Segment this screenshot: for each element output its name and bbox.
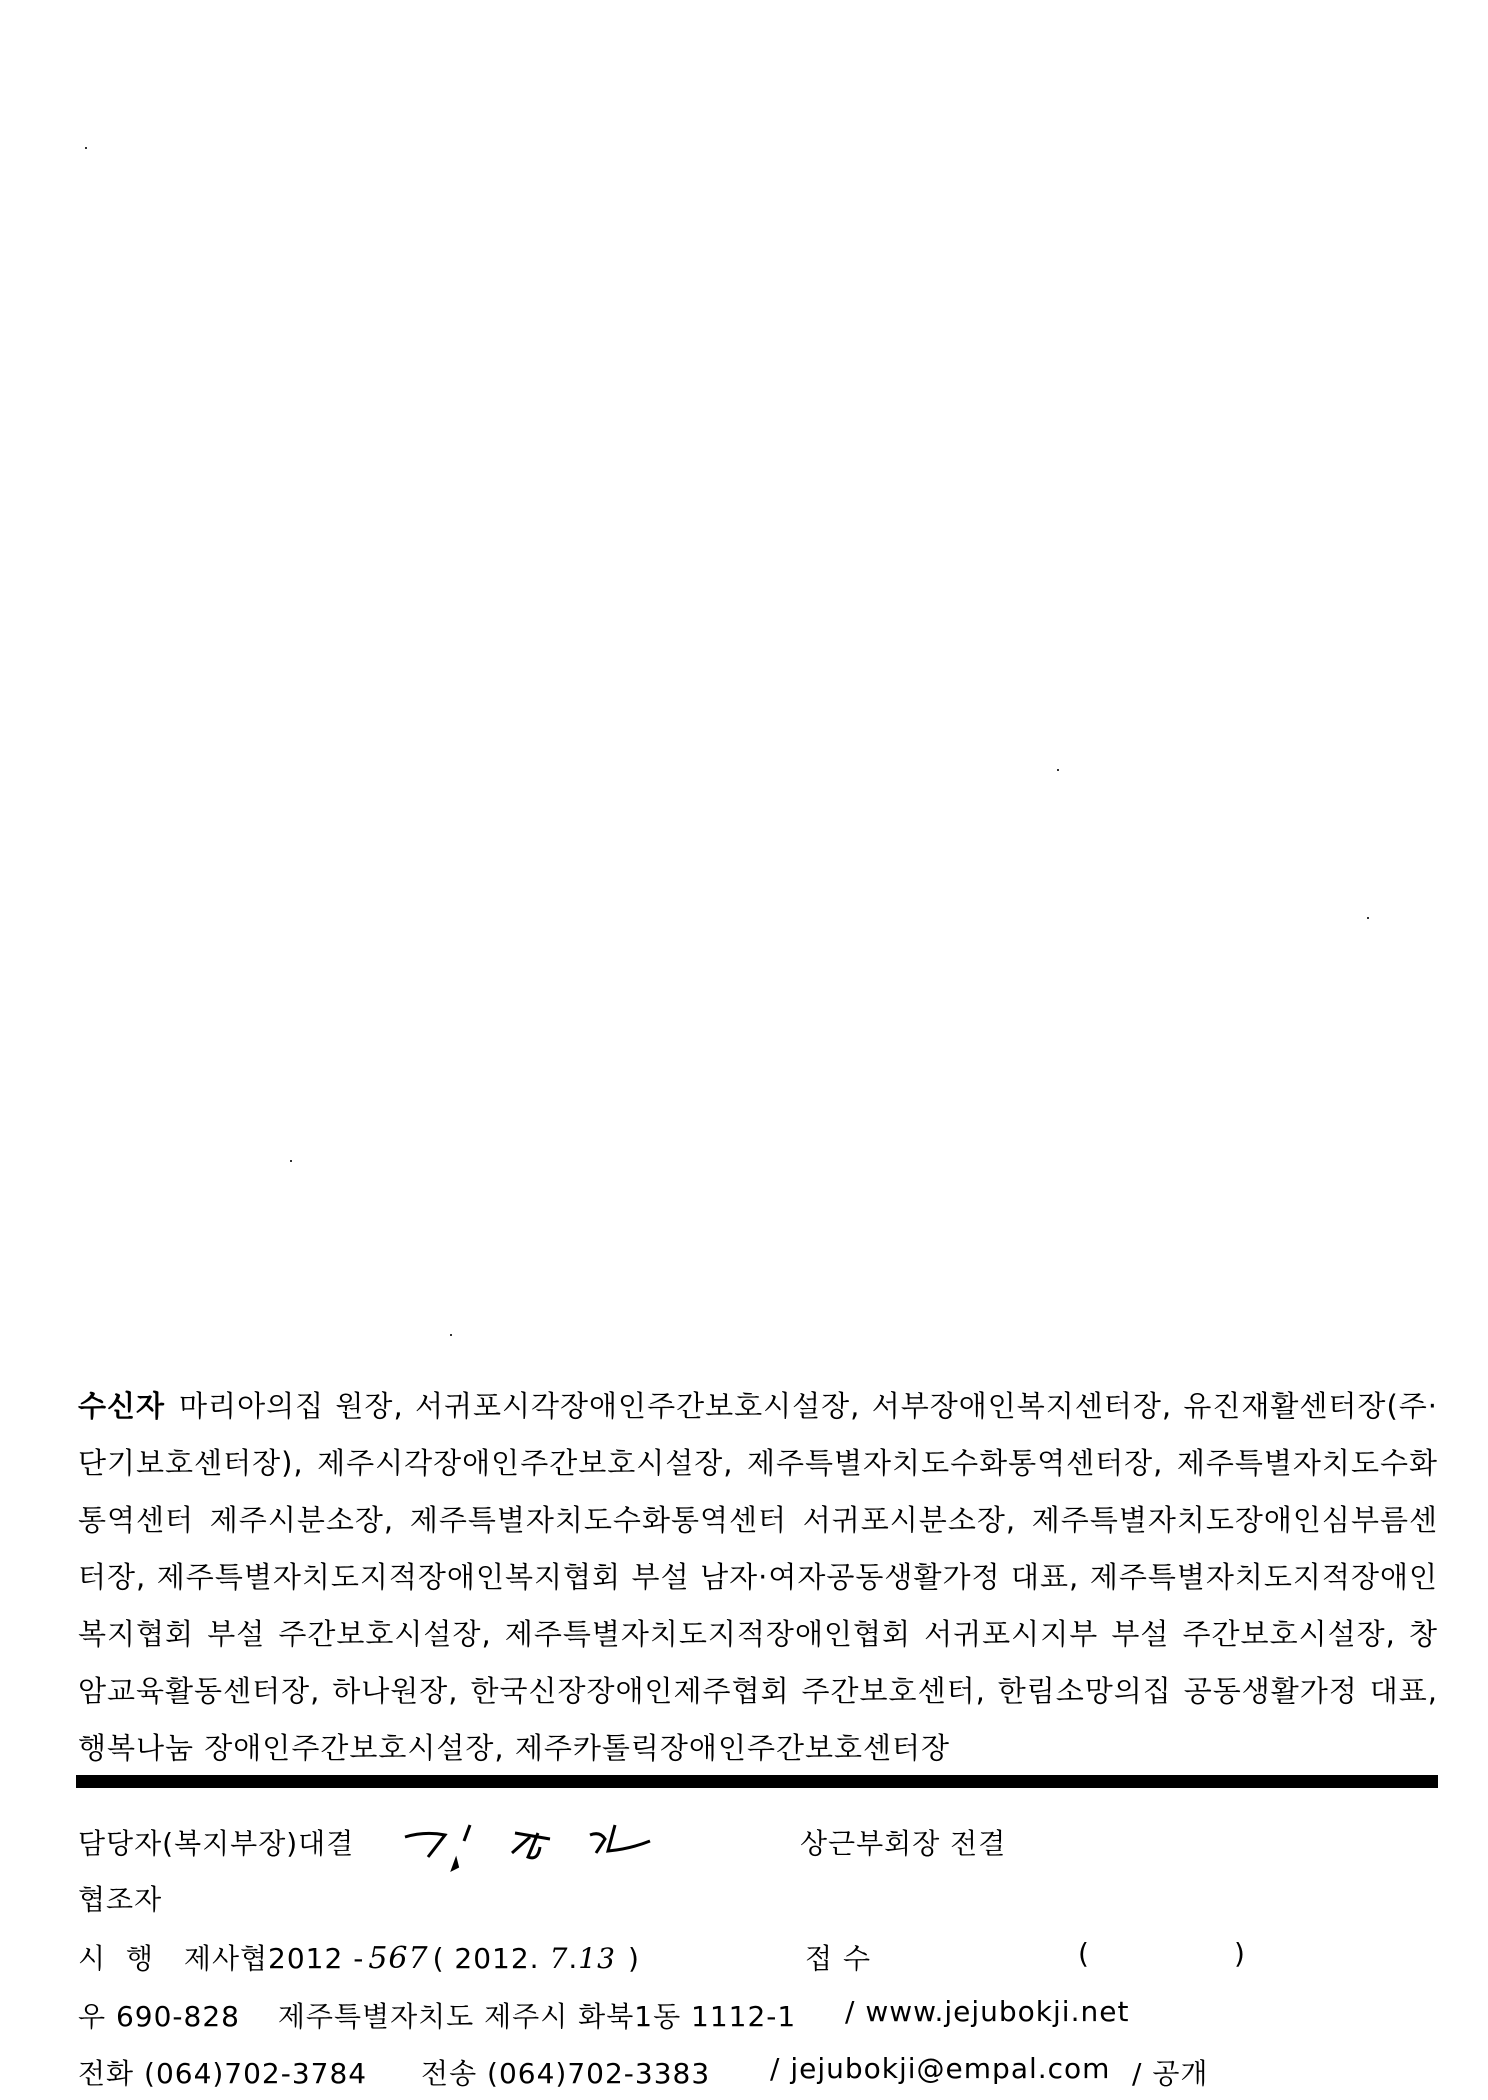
postal-label: 우 <box>78 2000 106 2033</box>
approval-line: 담당자(복지부장)대결 <box>78 1822 354 1862</box>
issuance-line: 시 행제사협2012 -567( 2012.7.13) <box>78 1937 640 1977</box>
receipt-close-paren: ) <box>1234 1937 1246 1970</box>
date-day: 13 <box>578 1942 616 1975</box>
scan-speck <box>1367 917 1369 919</box>
street-address: 제주특별자치도 제주시 화북1동 1112-1 <box>278 2000 796 2033</box>
recipients-list: 마리아의집 원장, 서귀포시각장애인주간보호시설장, 서부장애인복지센터장, 유… <box>78 1389 1438 1765</box>
scan-speck <box>1057 769 1059 771</box>
scan-speck <box>85 147 87 149</box>
drafter-label: 담당자(복지부장)대결 <box>78 1827 354 1860</box>
issuance-label: 시 행 <box>78 1942 154 1975</box>
scan-speck <box>290 1160 292 1162</box>
recipients-block: 수신자마리아의집 원장, 서귀포시각장애인주간보호시설장, 서부장애인복지센터장… <box>78 1378 1438 1777</box>
phone-label: 전화 <box>78 2057 134 2090</box>
contact-line: 전화 (064)702-3784 전송 (064)702-3383 <box>78 2052 710 2092</box>
date-sep: . <box>568 1942 578 1975</box>
website-link[interactable]: / www.jejubokji.net <box>845 1995 1129 2028</box>
fax-label: 전송 <box>421 2057 477 2090</box>
receipt-label: 접 수 <box>805 1937 871 1977</box>
final-approver: 상근부회장 전결 <box>800 1822 1006 1862</box>
handwritten-signature <box>400 1815 740 1875</box>
phone-number: (064)702-3784 <box>144 2057 367 2090</box>
doc-prefix: 제사협2012 - <box>184 1942 364 1975</box>
fax-number: (064)702-3383 <box>487 2057 710 2090</box>
divider-rule <box>76 1775 1438 1788</box>
date-month: 7 <box>550 1942 569 1975</box>
postal-code: 690-828 <box>116 2000 240 2033</box>
address-line: 우 690-828 제주특별자치도 제주시 화북1동 1112-1 <box>78 1995 796 2035</box>
date-close: ) <box>628 1942 640 1975</box>
cooperator-label: 협조자 <box>78 1883 162 1916</box>
recipients-label: 수신자 <box>78 1389 165 1423</box>
disclosure-status: / 공개 <box>1132 2052 1208 2092</box>
doc-number: 567 <box>368 1941 428 1976</box>
email-link[interactable]: / jejubokji@empal.com <box>770 2052 1110 2085</box>
receipt-open-paren: ( <box>1078 1937 1090 1970</box>
cooperator-line: 협조자 <box>78 1878 162 1918</box>
date-open: ( 2012. <box>433 1942 540 1975</box>
scan-speck <box>450 1334 452 1336</box>
